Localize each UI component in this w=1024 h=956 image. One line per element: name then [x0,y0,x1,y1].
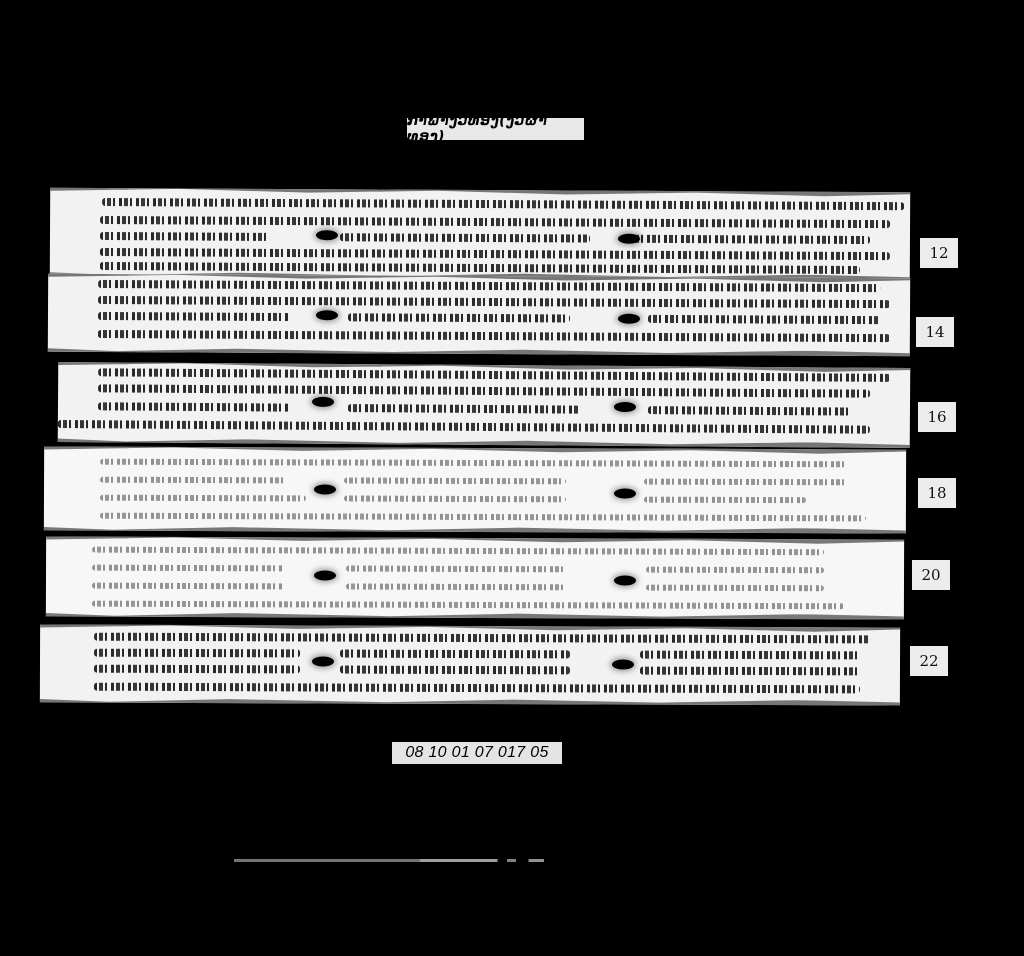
punch-hole [614,488,636,498]
punch-hole [316,230,338,240]
page-number-tag: 14 [916,317,954,347]
script-line [98,368,890,382]
script-line [94,633,870,644]
script-line [100,262,860,274]
script-line [100,459,846,468]
punch-hole [614,575,636,585]
script-line [94,649,300,658]
script-line [344,496,566,503]
script-line [346,566,564,573]
manuscript-title-label: ກຳພ້າງົວທອງ(ງົວຜ້າທອງ) [407,118,584,140]
script-line [100,513,866,522]
script-line [94,665,300,674]
script-line [92,547,824,556]
page-number-tag: 20 [912,560,950,590]
script-line [646,585,824,592]
script-line [630,235,870,244]
script-line [340,650,570,659]
script-line [100,216,890,228]
punch-hole [314,484,336,494]
script-line [98,384,870,397]
script-line [100,477,286,484]
script-line [102,198,904,210]
script-line [348,313,570,322]
script-line [648,406,850,415]
script-line [100,232,270,241]
script-line [100,495,306,502]
script-line [92,583,284,590]
punch-hole [316,310,338,320]
catalog-id-label: 08 10 01 07 017 05 [392,742,562,764]
punch-hole [614,402,636,412]
page-number-tag: 18 [918,478,956,508]
palm-leaf-page-20 [46,537,904,620]
script-line [648,315,880,324]
page-number-tag: 12 [920,238,958,268]
script-line [92,565,284,572]
palm-leaf-page-16 [58,362,911,448]
script-line [58,420,870,434]
script-line [646,567,824,574]
script-line [94,683,860,694]
script-line [348,404,580,414]
punch-hole [312,397,334,407]
script-line [340,666,570,675]
script-line [344,478,566,485]
punch-hole [618,314,640,324]
script-line [644,497,806,504]
script-line [644,479,846,486]
script-line [98,280,880,292]
script-line [98,402,290,411]
palm-leaf-page-18 [44,446,906,533]
script-line [98,312,290,321]
punch-hole [612,659,634,669]
script-line [640,667,860,676]
script-line [340,233,590,242]
page-number-tag: 22 [910,646,948,676]
script-line [100,248,890,260]
script-line [640,651,860,660]
punch-hole [312,656,334,666]
script-line [98,330,890,342]
punch-hole [314,570,336,580]
script-line [98,296,890,308]
script-line [92,601,844,610]
punch-hole [618,234,640,244]
palm-leaf-page-22 [40,624,900,705]
script-line [346,584,564,591]
palm-leaf-page-12 [50,188,910,281]
palm-leaf-page-14 [48,274,910,357]
scale-rule-line [234,859,544,862]
page-number-tag: 16 [918,402,956,432]
